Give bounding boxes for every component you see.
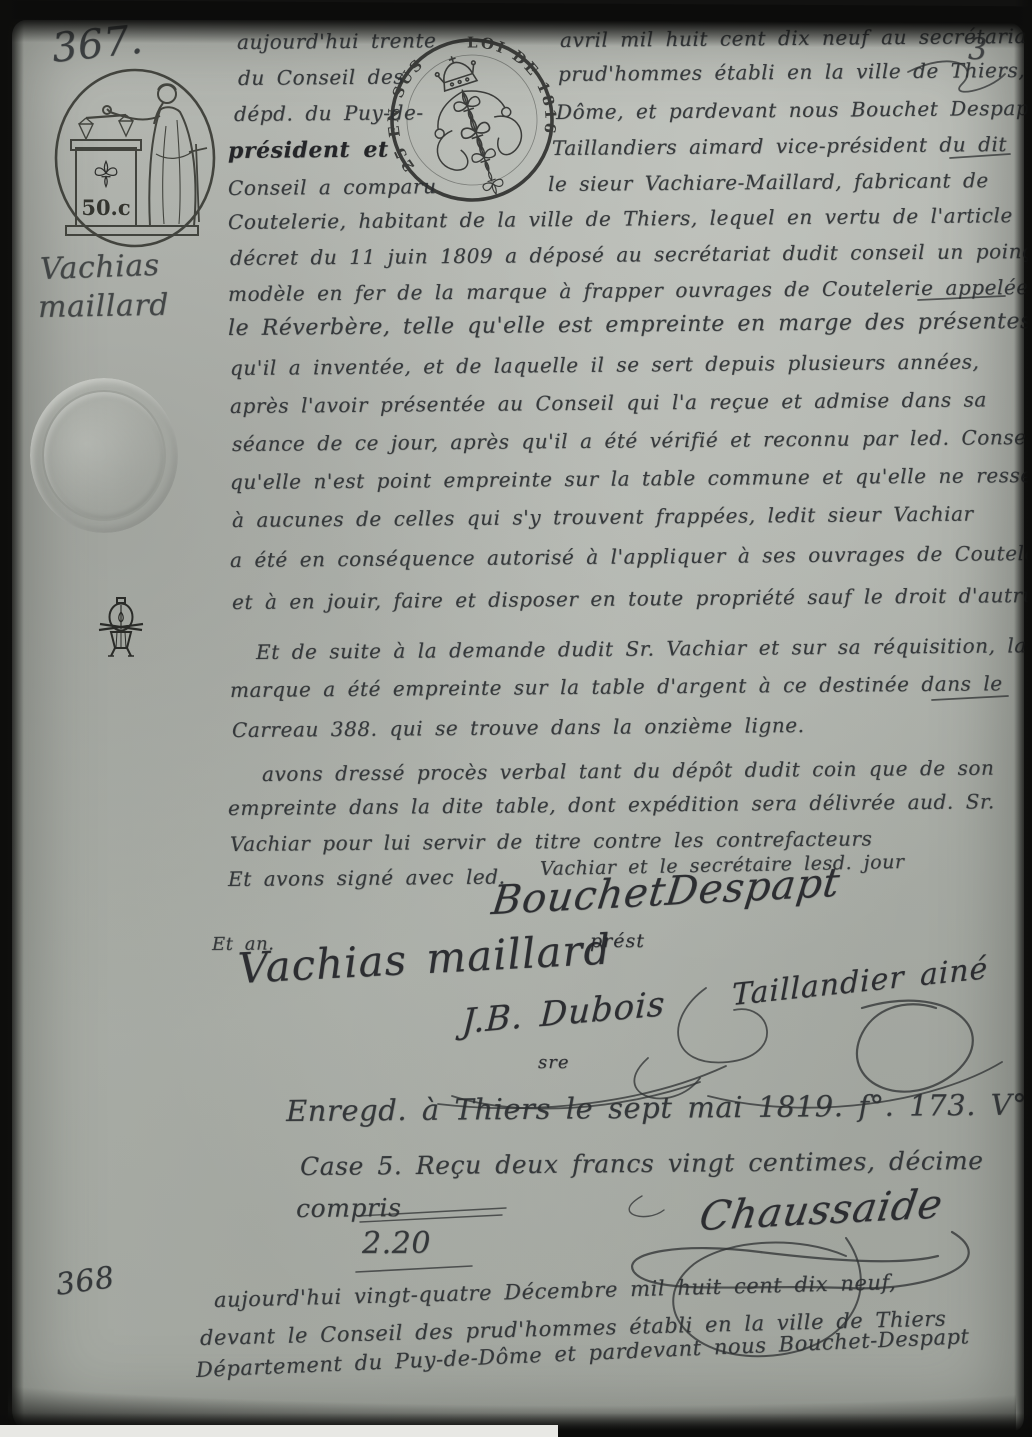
lantern-trademark-icon	[98, 596, 144, 662]
registration-line1: Enregd. à Thiers le sept mai 1819. f°. 1…	[286, 1087, 1032, 1128]
scanner-bed-strip	[0, 1425, 558, 1437]
act367-line-02b: prud'hommes établi en la ville de Thiers…	[558, 58, 1025, 86]
act367-line-19: Carreau 388. qui se trouve dans la onziè…	[232, 713, 805, 742]
signature-secretary-title: sre	[538, 1052, 570, 1073]
registration-fee: 2.20	[362, 1226, 431, 1261]
stamp-value-text: 50.c	[81, 195, 130, 220]
act367-line-02a: du Conseil des	[238, 65, 404, 90]
margin-name-line1: Vachias	[39, 248, 160, 287]
crown-icon	[432, 50, 481, 92]
fleur-ornament	[421, 76, 530, 184]
margin-name-line2: maillard	[38, 288, 170, 325]
act367-line-05a: Conseil a comparu	[228, 174, 437, 200]
scan-edge-top	[0, 0, 1032, 50]
act367-line-03b: Dôme, et pardevant nous Bouchet Despapt	[556, 96, 1032, 124]
manuscript-scan: 367. 50.c Vachias maillard	[0, 0, 1032, 1437]
act367-line-05b: le sieur Vachiare-Maillard, fabricant de	[548, 168, 989, 196]
act367-line-04a: président et	[228, 137, 389, 164]
act367-line-23a: Et avons signé avec led.	[228, 865, 506, 891]
scan-edge-left	[0, 0, 24, 1437]
registration-line3: compris	[296, 1193, 402, 1223]
scan-edge-right	[1014, 0, 1032, 1437]
revenue-stamp-50c: 50.c	[50, 60, 220, 255]
embossed-seal	[30, 378, 178, 533]
act367-line-03a: dépd. du Puy-de-	[234, 100, 424, 126]
act367-line-04b: Taillandiers aimard vice-président du di…	[552, 132, 1007, 160]
registration-line2: Case 5. Reçu deux francs vingt centimes,…	[300, 1146, 984, 1181]
